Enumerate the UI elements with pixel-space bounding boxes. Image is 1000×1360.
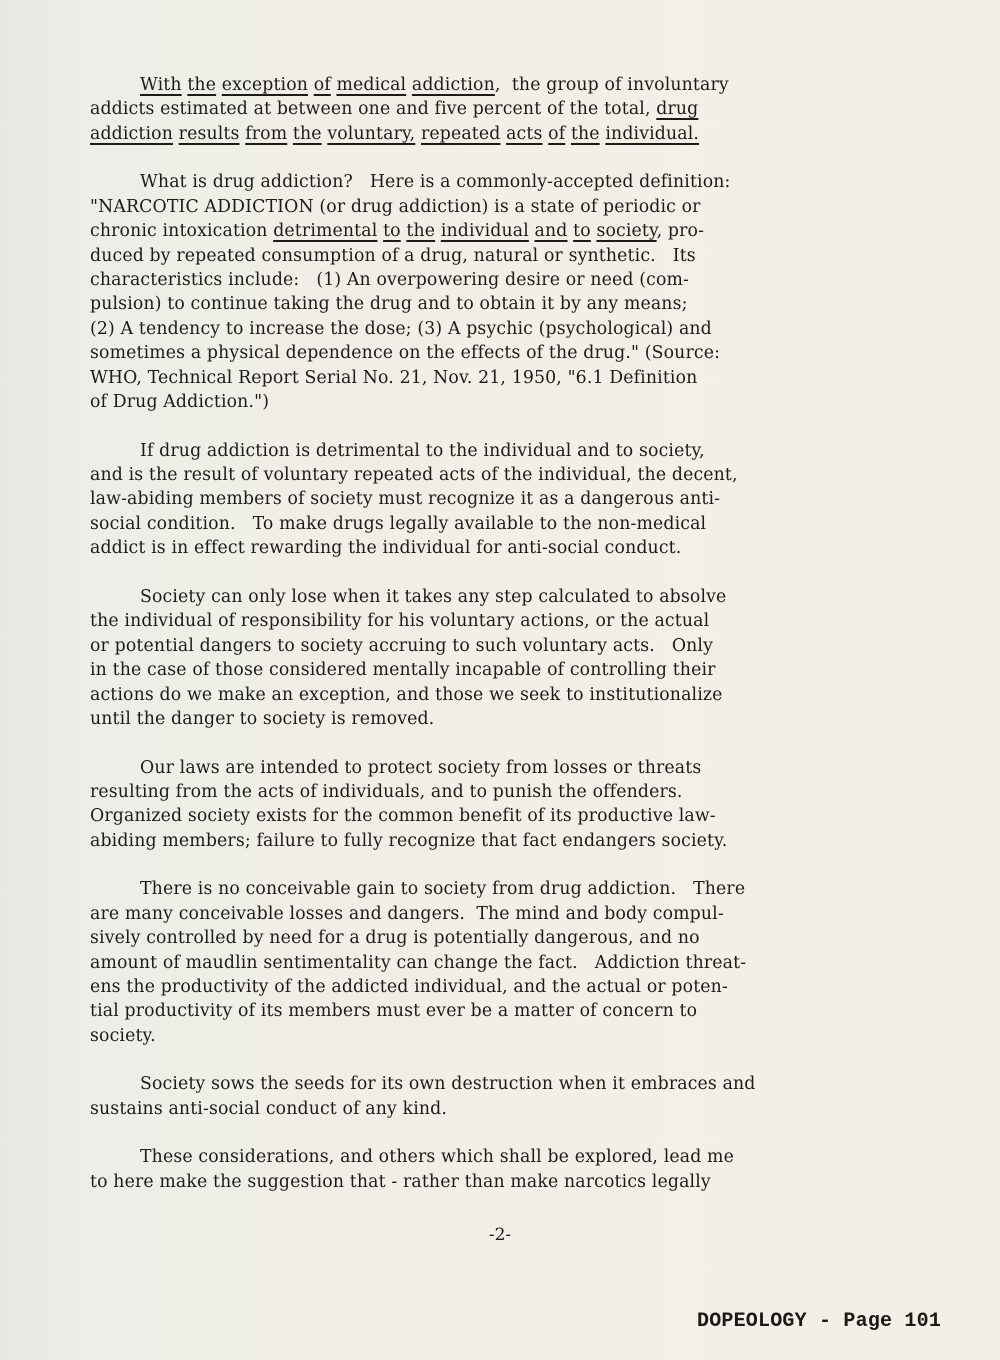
text-run: in the case of those considered mentally… [90, 660, 716, 680]
text-run: or potential dangers to society accruing… [90, 636, 713, 656]
paragraph: There is no conceivable gain to society … [90, 877, 860, 1048]
paragraph: These considerations, and others which s… [90, 1145, 860, 1194]
underlined-phrase: the [293, 124, 322, 144]
text-run: duced by repeated consumption of a drug,… [90, 246, 696, 266]
underlined-phrase: drug [656, 99, 698, 119]
text-line: abiding members; failure to fully recogn… [90, 829, 860, 853]
text-line: What is drug addiction? Here is a common… [90, 170, 860, 194]
underlined-phrase: from [245, 124, 287, 144]
text-line: of Drug Addiction.") [90, 390, 860, 414]
paragraph: Society sows the seeds for its own destr… [90, 1072, 860, 1121]
text-line: to here make the suggestion that - rathe… [90, 1170, 860, 1194]
underlined-phrase: individual. [605, 124, 699, 144]
underlined-phrase: the [187, 75, 216, 95]
paragraph: With the exception of medical addiction,… [90, 73, 860, 146]
paragraph: If drug addiction is detrimental to the … [90, 439, 860, 561]
underlined-phrase: of [548, 124, 565, 144]
text-run: resulting from the acts of individuals, … [90, 782, 683, 802]
page-number: -2- [0, 1225, 1000, 1245]
text-run: of Drug Addiction.") [90, 392, 269, 412]
paragraph: Our laws are intended to protect society… [90, 756, 860, 854]
text-line: Society can only lose when it takes any … [90, 585, 860, 609]
underlined-phrase: and [535, 221, 568, 241]
text-line: the individual of responsibility for his… [90, 609, 860, 633]
text-line: are many conceivable losses and dangers.… [90, 902, 860, 926]
text-run: pulsion) to continue taking the drug and… [90, 294, 688, 314]
underlined-phrase: the [406, 221, 435, 241]
text-run: , pro- [657, 221, 704, 241]
underlined-phrase: addiction [90, 124, 173, 144]
text-line: sometimes a physical dependence on the e… [90, 341, 860, 365]
text-run: Society can only lose when it takes any … [140, 587, 726, 607]
text-line: chronic intoxication detrimental to the … [90, 219, 860, 243]
text-run: actions do we make an exception, and tho… [90, 685, 723, 705]
text-run: until the danger to society is removed. [90, 709, 434, 729]
text-run: amount of maudlin sentimentality can cha… [90, 953, 746, 973]
text-line: If drug addiction is detrimental to the … [90, 439, 860, 463]
text-run: Society sows the seeds for its own destr… [140, 1074, 756, 1094]
footer-caption: DOPEOLOGY - Page 101 [697, 1310, 941, 1333]
paragraph: What is drug addiction? Here is a common… [90, 170, 860, 414]
text-line: Society sows the seeds for its own destr… [90, 1072, 860, 1096]
text-line: With the exception of medical addiction,… [90, 73, 860, 97]
text-run: society. [90, 1026, 156, 1046]
text-run: Our laws are intended to protect society… [140, 758, 701, 778]
underlined-phrase: exception [222, 75, 308, 95]
text-run: WHO, Technical Report Serial No. 21, Nov… [90, 368, 697, 388]
text-run: There is no conceivable gain to society … [140, 879, 745, 899]
underlined-phrase: to [383, 221, 401, 241]
text-line: sively controlled by need for a drug is … [90, 926, 860, 950]
text-run: abiding members; failure to fully recogn… [90, 831, 727, 851]
underlined-phrase: voluntary, [327, 124, 415, 144]
underlined-phrase: of [314, 75, 331, 95]
underlined-phrase: addiction [412, 75, 495, 95]
scanned-page: With the exception of medical addiction,… [0, 0, 1000, 1360]
underlined-phrase: individual [441, 221, 529, 241]
text-line: or potential dangers to society accruing… [90, 634, 860, 658]
text-run: characteristics include: (1) An overpowe… [90, 270, 689, 290]
underlined-phrase: society [596, 221, 656, 241]
text-run: social condition. To make drugs legally … [90, 514, 706, 534]
text-run: Organized society exists for the common … [90, 806, 716, 826]
underlined-phrase: medical [336, 75, 406, 95]
text-run: What is drug addiction? Here is a common… [140, 172, 731, 192]
text-run: (2) A tendency to increase the dose; (3)… [90, 319, 712, 339]
underlined-phrase: repeated [421, 124, 501, 144]
text-line: actions do we make an exception, and tho… [90, 683, 860, 707]
text-line: sustains anti-social conduct of any kind… [90, 1097, 860, 1121]
text-line: (2) A tendency to increase the dose; (3)… [90, 317, 860, 341]
text-line: and is the result of voluntary repeated … [90, 463, 860, 487]
underlined-phrase: detrimental [273, 221, 377, 241]
underlined-phrase: results [179, 124, 240, 144]
text-line: addict is in effect rewarding the indivi… [90, 536, 860, 560]
paragraph: Society can only lose when it takes any … [90, 585, 860, 731]
text-run: chronic intoxication [90, 221, 273, 241]
text-line: ens the productivity of the addicted ind… [90, 975, 860, 999]
text-run: and is the result of voluntary repeated … [90, 465, 738, 485]
text-run: sively controlled by need for a drug is … [90, 928, 700, 948]
text-line: WHO, Technical Report Serial No. 21, Nov… [90, 366, 860, 390]
text-line: resulting from the acts of individuals, … [90, 780, 860, 804]
text-line: Our laws are intended to protect society… [90, 756, 860, 780]
underlined-phrase: the [571, 124, 600, 144]
underlined-phrase: to [573, 221, 591, 241]
text-run: the individual of responsibility for his… [90, 611, 709, 631]
text-line: pulsion) to continue taking the drug and… [90, 292, 860, 316]
text-line: society. [90, 1024, 860, 1048]
underlined-phrase: With [140, 75, 182, 95]
text-line: amount of maudlin sentimentality can cha… [90, 951, 860, 975]
text-run: ens the productivity of the addicted ind… [90, 977, 728, 997]
document-body: With the exception of medical addiction,… [90, 73, 860, 1218]
text-run: "NARCOTIC ADDICTION (or drug addiction) … [90, 197, 701, 217]
text-line: law-abiding members of society must reco… [90, 487, 860, 511]
text-line: addiction results from the voluntary, re… [90, 122, 860, 146]
text-run: addict is in effect rewarding the indivi… [90, 538, 681, 558]
text-line: Organized society exists for the common … [90, 804, 860, 828]
text-run: tial productivity of its members must ev… [90, 1001, 697, 1021]
text-run: addicts estimated at between one and fiv… [90, 99, 656, 119]
text-run: sustains anti-social conduct of any kind… [90, 1099, 447, 1119]
underlined-phrase: acts [506, 124, 542, 144]
text-run: law-abiding members of society must reco… [90, 489, 720, 509]
text-run: , the group of involuntary [495, 75, 729, 95]
text-line: tial productivity of its members must ev… [90, 999, 860, 1023]
text-line: These considerations, and others which s… [90, 1145, 860, 1169]
text-line: until the danger to society is removed. [90, 707, 860, 731]
text-line: social condition. To make drugs legally … [90, 512, 860, 536]
text-line: There is no conceivable gain to society … [90, 877, 860, 901]
text-run: to here make the suggestion that - rathe… [90, 1172, 711, 1192]
text-run: are many conceivable losses and dangers.… [90, 904, 724, 924]
text-line: addicts estimated at between one and fiv… [90, 97, 860, 121]
text-line: "NARCOTIC ADDICTION (or drug addiction) … [90, 195, 860, 219]
text-line: in the case of those considered mentally… [90, 658, 860, 682]
text-line: characteristics include: (1) An overpowe… [90, 268, 860, 292]
text-run: If drug addiction is detrimental to the … [140, 441, 705, 461]
text-run: sometimes a physical dependence on the e… [90, 343, 720, 363]
text-line: duced by repeated consumption of a drug,… [90, 244, 860, 268]
text-run: These considerations, and others which s… [140, 1147, 734, 1167]
